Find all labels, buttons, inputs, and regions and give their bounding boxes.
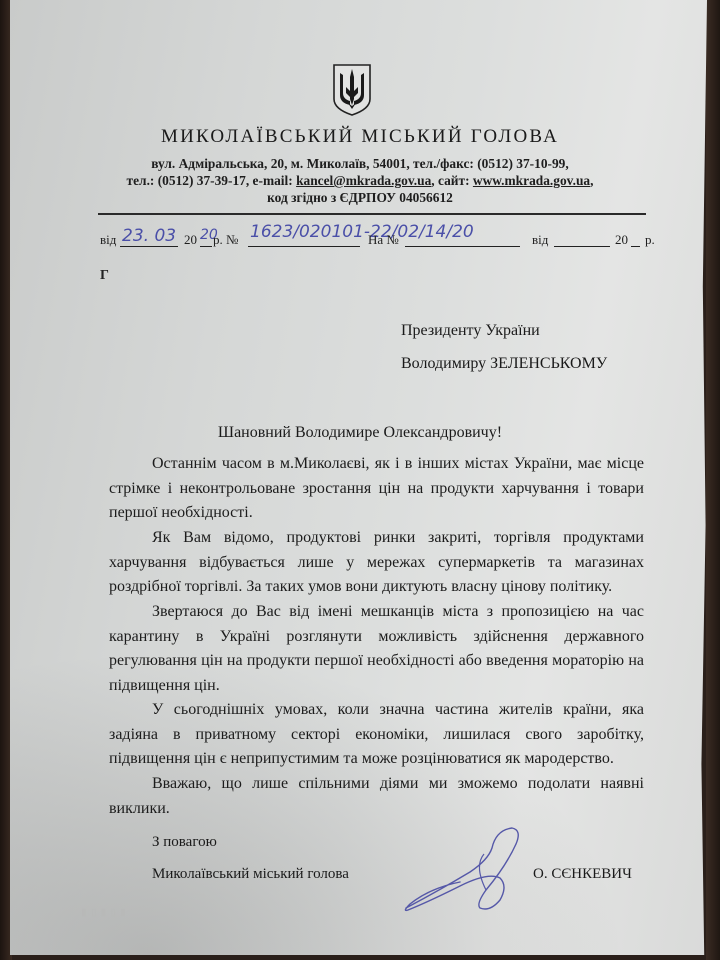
corner-bracket-mark: Г [100,268,109,284]
reply-year-field [631,230,640,247]
faint-stamp-mark: ▮▯▮▯▮ [80,905,129,920]
date-handwritten: 23. 03 [122,226,176,246]
reply-from-label: від [532,232,548,248]
edrpou-code: код згідно з ЄДРПОУ 04056612 [0,190,720,206]
website-link[interactable]: www.mkrada.gov.ua [473,173,590,188]
body-paragraph-1: Останнім часом в м.Миколаєві, як і в інш… [109,452,644,526]
body-paragraph-5: Вважаю, що лише спільними діями ми зможе… [109,772,644,821]
year-prefix: 20 [184,232,197,248]
reply-year-suffix: р. [645,232,655,248]
reply-number-label: На № [368,232,399,248]
body-paragraph-4: У сьогоднішніх умовах, коли значна части… [109,698,644,772]
organization-title: МИКОЛАЇВСЬКИЙ МІСЬКИЙ ГОЛОВА [0,126,720,148]
signatory-position: Миколаївський міський голова [152,866,349,883]
phone-label: тел.: (0512) 37-39-17, e-mail: [127,173,297,188]
recipient-title: Президенту України [401,322,540,340]
from-label: від [100,232,116,248]
salutation: Шановний Володимире Олександровичу! [0,424,720,442]
trident-coat-of-arms-icon [332,63,372,117]
body-paragraph-3: Звертаюся до Вас від імені мешканців міс… [109,600,644,698]
handwritten-signature-icon [400,820,530,915]
reference-line: від 23. 03 20 20 р. № 1623/020101-22/02/… [100,228,660,252]
recipient-name: Володимиру ЗЕЛЕНСЬКОМУ [401,355,607,373]
website-label: , сайт: [431,173,473,188]
comma: , [590,173,593,188]
body-paragraph-2: Як Вам відомо, продуктові ринки закриті,… [109,526,644,600]
address-line-2: тел.: (0512) 37-39-17, e-mail: kancel@mk… [0,173,720,189]
letterhead-divider [98,213,646,215]
signatory-name: О. СЄНКЕВИЧ [533,866,632,883]
address-line-1: вул. Адміральська, 20, м. Миколаїв, 5400… [0,156,720,172]
reply-date-field [554,230,610,247]
reply-number-field [405,230,520,247]
email-link[interactable]: kancel@mkrada.gov.ua [296,173,431,188]
number-label: р. № [213,232,238,248]
closing-regards: З повагою [152,834,217,851]
reply-year-prefix: 20 [615,232,628,248]
